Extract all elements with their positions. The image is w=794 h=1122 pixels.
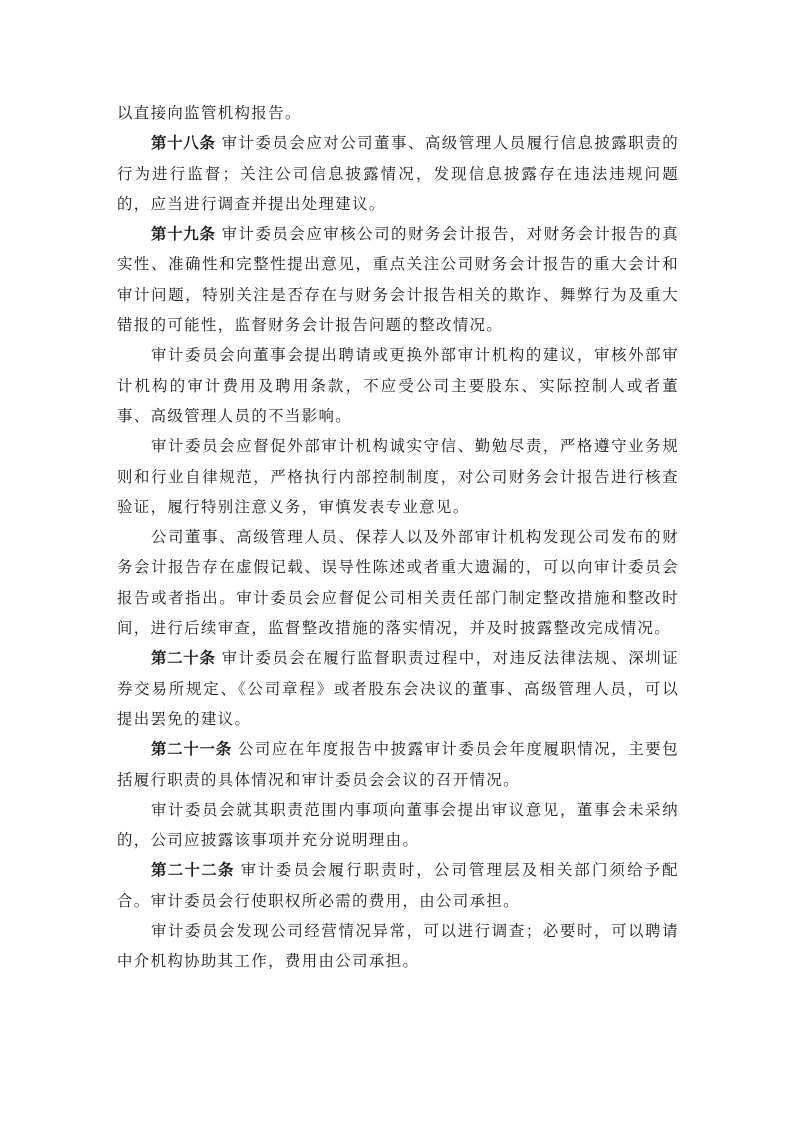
- document-page: 以直接向监管机构报告。 第十八条审计委员会应对公司董事、高级管理人员履行信息披露…: [117, 98, 679, 977]
- paragraph: 审计委员会向董事会提出聘请或更换外部审计机构的建议，审核外部审计机构的审计费用及…: [117, 340, 679, 431]
- paragraph-continuation: 以直接向监管机构报告。: [117, 98, 679, 128]
- article-20: 第二十条审计委员会在履行监督职责过程中，对违反法律法规、深圳证券交易所规定、《公…: [117, 643, 679, 734]
- paragraph-text: 审计委员会发现公司经营情况异常，可以进行调查；必要时，可以聘请中介机构协助其工作…: [117, 922, 679, 970]
- paragraph: 审计委员会就其职责范围内事项向董事会提出审议意见，董事会未采纳的，公司应披露该事…: [117, 795, 679, 856]
- article-22: 第二十二条审计委员会履行职责时，公司管理层及相关部门须给予配合。审计委员会行使职…: [117, 855, 679, 916]
- article-heading: 第二十二条: [151, 861, 235, 879]
- paragraph-text: 公司董事、高级管理人员、保荐人以及外部审计机构发现公司发布的财务会计报告存在虚假…: [117, 528, 679, 637]
- paragraph: 审计委员会应督促外部审计机构诚实守信、勤勉尽责，严格遵守业务规则和行业自律规范，…: [117, 431, 679, 522]
- paragraph-text: 审计委员会向董事会提出聘请或更换外部审计机构的建议，审核外部审计机构的审计费用及…: [117, 346, 679, 425]
- paragraph-text: 审计委员会就其职责范围内事项向董事会提出审议意见，董事会未采纳的，公司应披露该事…: [117, 801, 679, 849]
- article-21: 第二十一条公司应在年度报告中披露审计委员会年度履职情况，主要包括履行职责的具体情…: [117, 734, 679, 795]
- article-heading: 第二十条: [151, 649, 216, 667]
- paragraph: 审计委员会发现公司经营情况异常，可以进行调查；必要时，可以聘请中介机构协助其工作…: [117, 916, 679, 977]
- article-heading: 第二十一条: [151, 740, 232, 758]
- paragraph-text: 审计委员会应督促外部审计机构诚实守信、勤勉尽责，严格遵守业务规则和行业自律规范，…: [117, 437, 679, 516]
- article-19: 第十九条审计委员会应审核公司的财务会计报告，对财务会计报告的真实性、准确性和完整…: [117, 219, 679, 340]
- paragraph: 公司董事、高级管理人员、保荐人以及外部审计机构发现公司发布的财务会计报告存在虚假…: [117, 522, 679, 643]
- article-heading: 第十八条: [151, 134, 216, 152]
- article-18: 第十八条审计委员会应对公司董事、高级管理人员履行信息披露职责的行为进行监督；关注…: [117, 128, 679, 219]
- paragraph-text: 以直接向监管机构报告。: [117, 104, 302, 122]
- article-heading: 第十九条: [151, 225, 216, 243]
